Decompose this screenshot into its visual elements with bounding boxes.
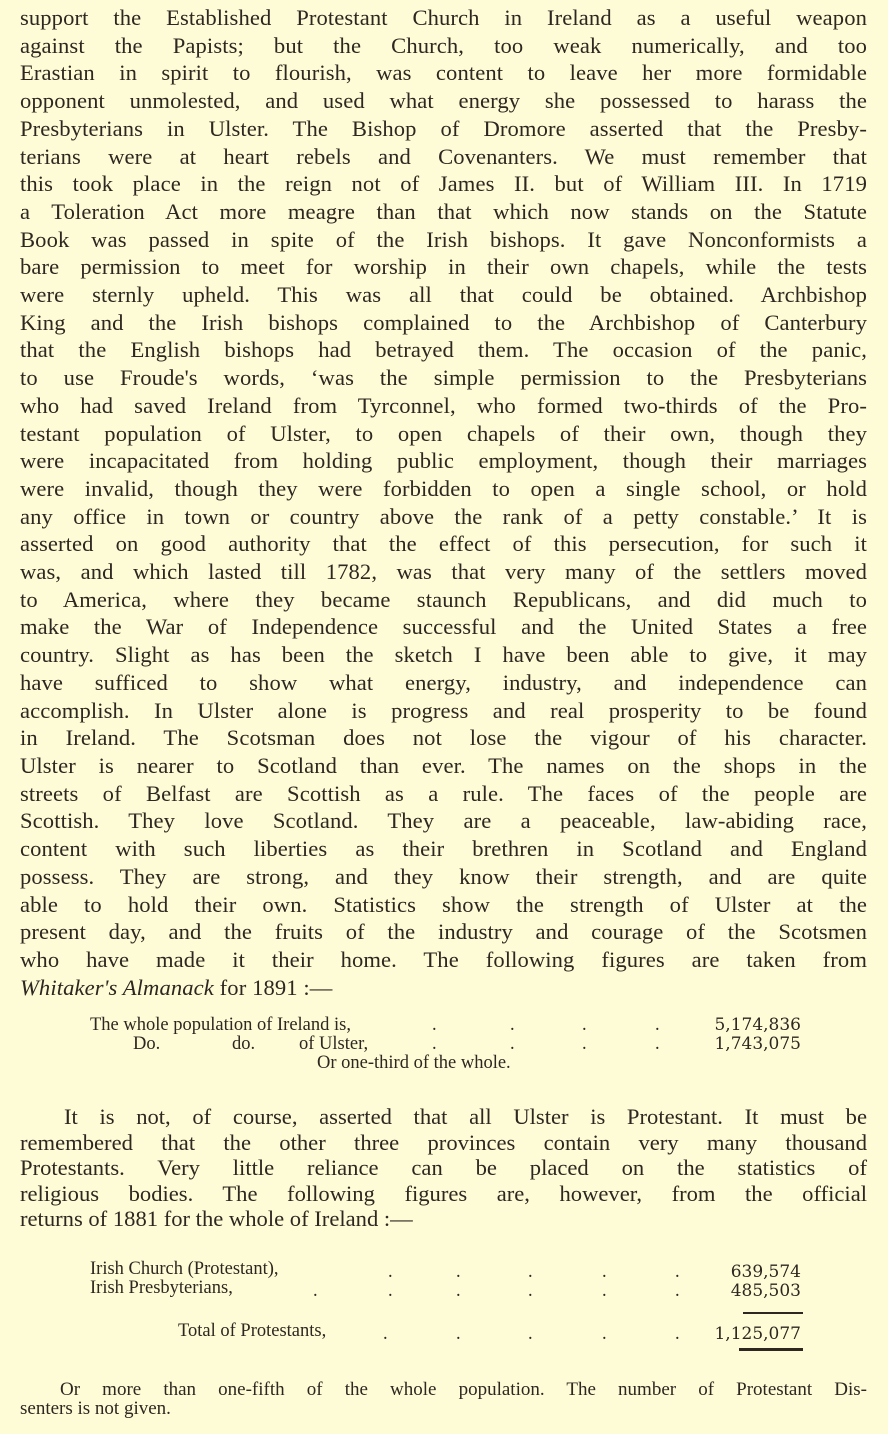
book-page: support the Established Protestant Churc… [20, 4, 867, 1001]
row-label-ditto: do. [232, 1035, 255, 1054]
leader-dot: . [675, 1282, 680, 1301]
table-footnote-row: Or one-third of the whole. [20, 1054, 867, 1073]
text-line: a Toleration Act more meagre than that w… [20, 198, 867, 226]
total-label: Total of Protestants, [178, 1322, 326, 1341]
text-line: religious bodies. The following figures … [20, 1181, 867, 1207]
leader-dot: . [602, 1282, 607, 1301]
row-value: 1,743,075 [714, 1035, 801, 1054]
subtotal-rule [743, 1312, 803, 1314]
leader-dot: . [510, 1016, 515, 1035]
text-line: country. Slight as has been the sketch I… [20, 641, 867, 669]
text-line: Presbyterians in Ulster. The Bishop of D… [20, 115, 867, 143]
leader-dot: . [383, 1325, 388, 1344]
text-line: this took place in the reign not of Jame… [20, 170, 867, 198]
row-label-do: Do. [133, 1035, 160, 1054]
text-line-citation: Whitaker's Almanack for 1891 :— [20, 974, 867, 1002]
total-value: 1,125,077 [714, 1325, 801, 1344]
leader-dot: . [602, 1325, 607, 1344]
leader-dot: . [528, 1325, 533, 1344]
text-line: Scottish. They love Scotland. They are a… [20, 807, 867, 835]
row-value: 5,174,836 [714, 1016, 801, 1035]
table-row-presbyterians: Irish Presbyterians, . . . . . . 485,503 [20, 1279, 867, 1298]
book-title-citation: Whitaker's Almanack [20, 975, 214, 1000]
text-line: opponent unmolested, and used what energ… [20, 87, 867, 115]
text-line: Or more than one-fifth of the whole popu… [20, 1380, 867, 1399]
table-footnote: Or one-third of the whole. [317, 1054, 511, 1073]
text-line: content with such liberties as their bre… [20, 835, 867, 863]
leader-dot: . [432, 1035, 437, 1054]
text-line: support the Established Protestant Churc… [20, 4, 867, 32]
text-line: to America, where they became staunch Re… [20, 586, 867, 614]
text-line: to use Froude's words, ‘was the simple p… [20, 364, 867, 392]
text-line: streets of Belfast are Scottish as a rul… [20, 780, 867, 808]
main-paragraph: support the Established Protestant Churc… [20, 4, 867, 1001]
leader-dot: . [675, 1325, 680, 1344]
text-line: in Ireland. The Scotsman does not lose t… [20, 724, 867, 752]
leader-dot: . [528, 1282, 533, 1301]
second-paragraph: It is not, of course, asserted that all … [20, 1104, 867, 1232]
text-line: any office in town or country above the … [20, 503, 867, 531]
leader-dot: . [456, 1325, 461, 1344]
text-line: were sternly upheld. This was all that c… [20, 281, 867, 309]
text-line: Book was passed in spite of the Irish bi… [20, 226, 867, 254]
table-row-irish-church: Irish Church (Protestant), . . . . . 639… [20, 1260, 867, 1279]
text-line: It is not, of course, asserted that all … [20, 1104, 867, 1130]
text-line: that the English bishops had betrayed th… [20, 336, 867, 364]
leader-dot: . [388, 1282, 393, 1301]
text-line: King and the Irish bishops complained to… [20, 309, 867, 337]
text-line: were incapacitated from holding public e… [20, 447, 867, 475]
text-line: Ulster is nearer to Scotland than ever. … [20, 752, 867, 780]
text-line: have sufficed to show what energy, indus… [20, 669, 867, 697]
population-table: The whole population of Ireland is, . . … [20, 1016, 867, 1073]
closing-note: Or more than one-fifth of the whole popu… [20, 1380, 867, 1418]
table-row-ulster: Do. do. of Ulster, . . . . 1,743,075 [20, 1035, 867, 1054]
leader-dot: . [655, 1035, 660, 1054]
total-rule [739, 1348, 803, 1351]
leader-dot: . [582, 1035, 587, 1054]
row-label: The whole population of Ireland is, [90, 1016, 351, 1035]
text-line: returns of 1881 for the whole of Ireland… [20, 1206, 867, 1232]
leader-dot: . [655, 1016, 660, 1035]
text-line: asserted on good authority that the effe… [20, 530, 867, 558]
text-line: were invalid, though they were forbidden… [20, 475, 867, 503]
text-line: who have made it their home. The followi… [20, 946, 867, 974]
text-line: terians were at heart rebels and Covenan… [20, 143, 867, 171]
leader-dot: . [456, 1282, 461, 1301]
text-line: accomplish. In Ulster alone is progress … [20, 697, 867, 725]
text-line: bare permission to meet for worship in t… [20, 253, 867, 281]
leader-dot: . [313, 1282, 318, 1301]
row-label: Irish Presbyterians, [90, 1279, 233, 1298]
leader-dot: . [510, 1035, 515, 1054]
religion-table: Irish Church (Protestant), . . . . . 639… [20, 1260, 867, 1298]
row-label: Irish Church (Protestant), [90, 1260, 279, 1279]
text-line: was, and which lasted till 1782, was tha… [20, 558, 867, 586]
text-line: against the Papists; but the Church, too… [20, 32, 867, 60]
text-line: make the War of Independence successful … [20, 613, 867, 641]
text-line: possess. They are strong, and they know … [20, 863, 867, 891]
leader-dot: . [582, 1016, 587, 1035]
text-line: able to hold their own. Statistics show … [20, 891, 867, 919]
text-line: Erastian in spirit to flourish, was cont… [20, 59, 867, 87]
citation-year: for 1891 :— [214, 975, 333, 1000]
row-label-ulster: of Ulster, [299, 1035, 368, 1054]
row-value: 485,503 [731, 1282, 801, 1301]
text-line: Protestants. Very little reliance can be… [20, 1155, 867, 1181]
text-line: who had saved Ireland from Tyrconnel, wh… [20, 392, 867, 420]
text-line: testant population of Ulster, to open ch… [20, 420, 867, 448]
table-row-ireland: The whole population of Ireland is, . . … [20, 1016, 867, 1035]
leader-dot: . [432, 1016, 437, 1035]
text-line: present day, and the fruits of the indus… [20, 918, 867, 946]
text-line: senters is not given. [20, 1399, 867, 1418]
text-line: remembered that the other three province… [20, 1130, 867, 1156]
table-row-total: Total of Protestants, . . . . . 1,125,07… [20, 1322, 867, 1341]
